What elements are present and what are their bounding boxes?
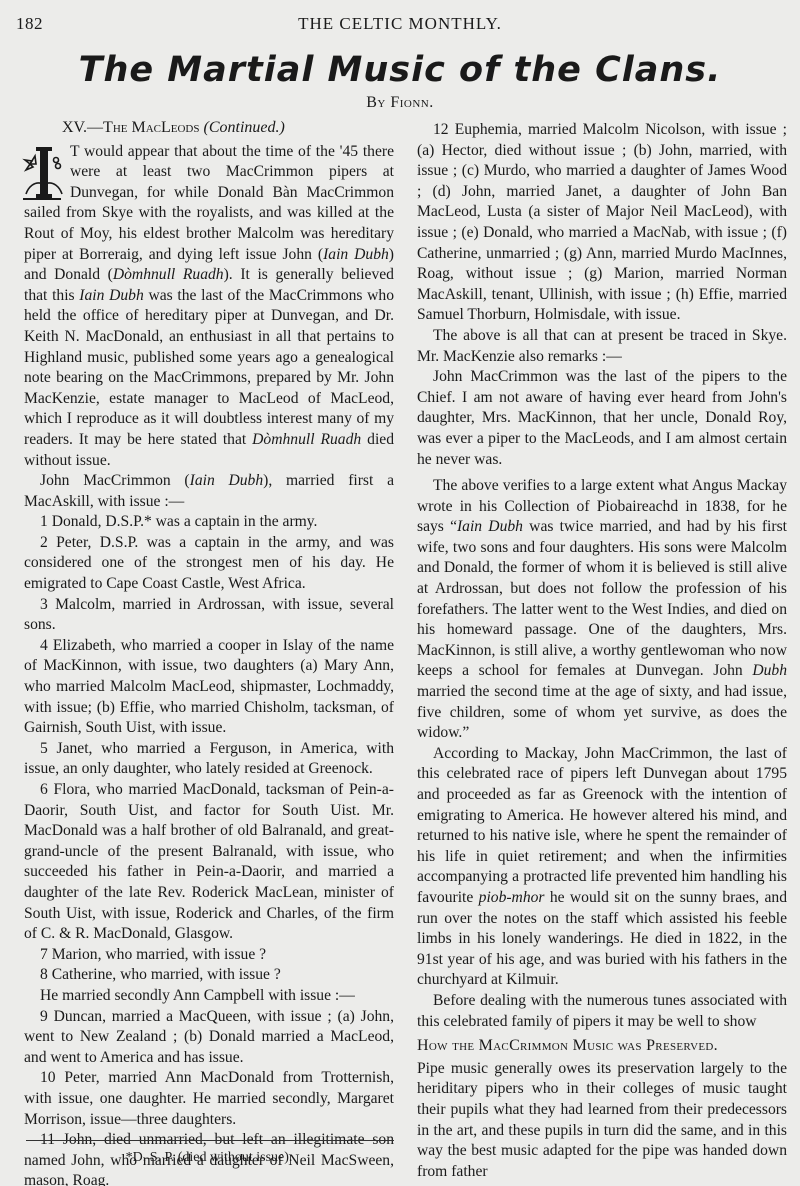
footnote-divider	[26, 1140, 394, 1141]
section-name: The MacLeods	[103, 119, 199, 136]
paragraph-first-marriage: John MacCrimmon (Iain Dubh), married fir…	[24, 471, 394, 512]
list-item: 10 Peter, married Ann MacDonald from Tro…	[24, 1068, 394, 1130]
paragraph-intro: T would appear that about the time of th…	[24, 142, 394, 472]
paragraph-pipe-music: Pipe music generally owes its preservati…	[417, 1059, 787, 1183]
paragraph-according-mackay: According to Mackay, John MacCrimmon, th…	[417, 744, 787, 991]
section-number: XV.—	[62, 119, 103, 136]
paragraph-before-dealing: Before dealing with the numerous tunes a…	[417, 991, 787, 1032]
list-item: 9 Duncan, married a MacQueen, with issue…	[24, 1007, 394, 1069]
section-continued: (Continued.)	[204, 119, 285, 136]
article-title: The Martial Music of the Clans.	[0, 50, 800, 90]
list-item: 3 Malcolm, married in Ardrossan, with is…	[24, 595, 394, 636]
ornamental-dropcap-icon	[20, 144, 64, 202]
document-page: 182 THE CELTIC MONTHLY. The Martial Musi…	[0, 0, 800, 1186]
subheading-preservation: How the MacCrimmon Music was Preserved.	[417, 1036, 787, 1057]
paragraph-quote-mackenzie: John MacCrimmon was the last of the pipe…	[417, 367, 787, 470]
list-item: 12 Euphemia, married Malcolm Nicolson, w…	[417, 120, 787, 326]
footnote: *D. S. P. (died without issue).	[24, 1150, 394, 1166]
running-header: 182 THE CELTIC MONTHLY.	[16, 14, 784, 36]
list-item: 4 Elizabeth, who married a cooper in Isl…	[24, 636, 394, 739]
paragraph-mackay-verifies: The above verifies to a large extent wha…	[417, 476, 787, 744]
list-item: 1 Donald, D.S.P.* was a captain in the a…	[24, 512, 394, 533]
paragraph-second-marriage: He married secondly Ann Campbell with is…	[24, 986, 394, 1007]
list-item: 7 Marion, who married, with issue ?	[24, 945, 394, 966]
list-item: 8 Catherine, who married, with issue ?	[24, 965, 394, 986]
list-item: 5 Janet, who married a Ferguson, in Amer…	[24, 739, 394, 780]
list-item: 2 Peter, D.S.P. was a captain in the arm…	[24, 533, 394, 595]
paragraph-skye: The above is all that can at present be …	[417, 326, 787, 367]
section-heading: XV.—The MacLeods (Continued.)	[24, 118, 394, 139]
right-column: 12 Euphemia, married Malcolm Nicolson, w…	[417, 120, 787, 1182]
list-item: 6 Flora, who married MacDonald, tacksman…	[24, 780, 394, 945]
left-column: XV.—The MacLeods (Continued.)	[24, 118, 394, 1186]
journal-title: THE CELTIC MONTHLY.	[16, 14, 784, 34]
byline: By Fionn.	[0, 94, 800, 112]
